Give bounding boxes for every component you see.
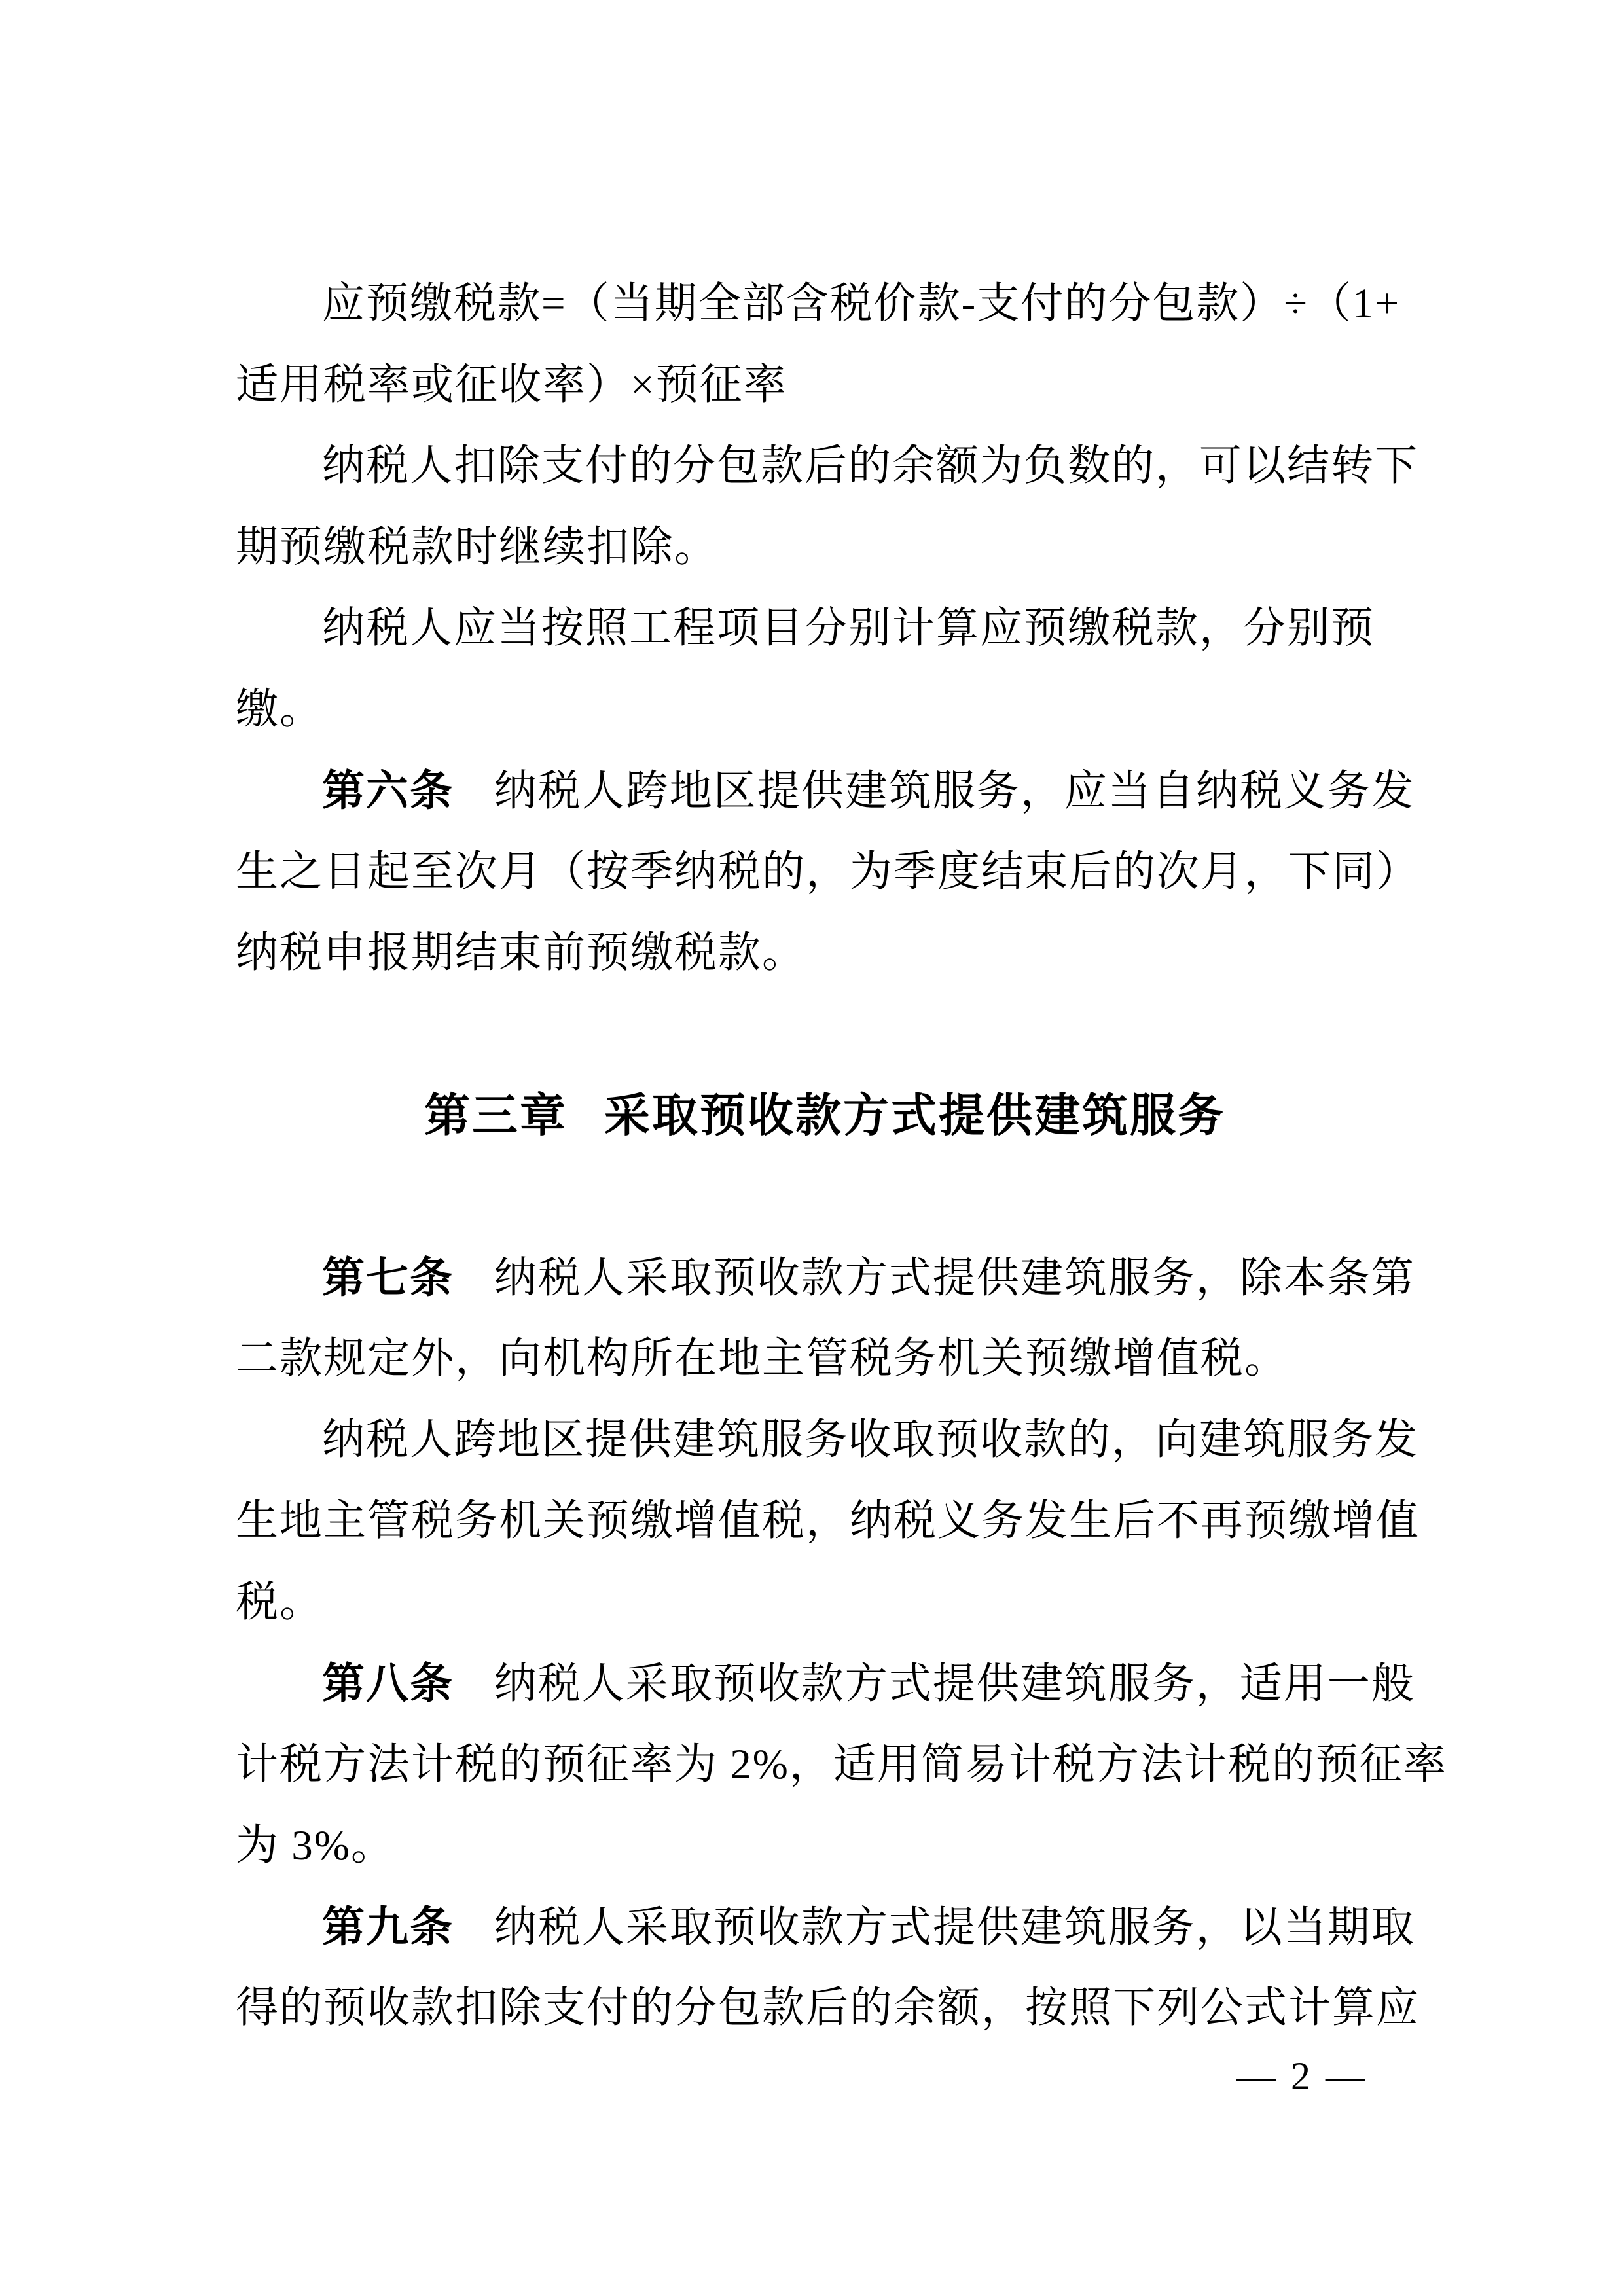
paragraph-line: 纳税申报期结束前预缴税款。 — [236, 912, 1414, 994]
document-body: 应预缴税款=（当期全部含税价款-支付的分包款）÷（1+ 适用税率或征收率）×预征… — [236, 263, 1414, 2049]
article-8-line: 第八条纳税人采取预收款方式提供建筑服务，适用一般 — [236, 1643, 1414, 1724]
blank-line — [236, 1156, 1414, 1237]
paragraph-line: 期预缴税款时继续扣除。 — [236, 507, 1414, 588]
article-7-label: 第七条 — [322, 1253, 454, 1301]
article-6-line: 第六条纳税人跨地区提供建筑服务，应当自纳税义务发 — [236, 750, 1414, 831]
paragraph-line: 税。 — [236, 1562, 1414, 1643]
article-9-line: 第九条纳税人采取预收款方式提供建筑服务，以当期取 — [236, 1886, 1414, 1967]
chapter-heading-number: 第三章 — [424, 1090, 568, 1141]
paragraph-line: 二款规定外，向机构所在地主管税务机关预缴增值税。 — [236, 1318, 1414, 1399]
article-8-label: 第八条 — [322, 1659, 454, 1707]
paragraph-line: 为 3%。 — [236, 1805, 1414, 1886]
blank-line — [236, 994, 1414, 1075]
paragraph-line: 生地主管税务机关预缴增值税，纳税义务发生后不再预缴增值 — [236, 1480, 1414, 1562]
paragraph-line: 纳税人扣除支付的分包款后的余额为负数的，可以结转下 — [236, 425, 1414, 507]
paragraph-line: 纳税人跨地区提供建筑服务收取预收款的，向建筑服务发 — [236, 1399, 1414, 1480]
article-6-label: 第六条 — [322, 766, 454, 814]
document-page: 应预缴税款=（当期全部含税价款-支付的分包款）÷（1+ 适用税率或征收率）×预征… — [0, 0, 1624, 2296]
paragraph-line: 缴。 — [236, 669, 1414, 750]
chapter-heading: 第三章采取预收款方式提供建筑服务 — [236, 1075, 1414, 1156]
article-9-label: 第九条 — [322, 1903, 454, 1950]
chapter-heading-title: 采取预收款方式提供建筑服务 — [604, 1090, 1225, 1141]
article-9-text: 纳税人采取预收款方式提供建筑服务，以当期取 — [494, 1904, 1415, 1951]
article-8-text: 纳税人采取预收款方式提供建筑服务，适用一般 — [494, 1660, 1415, 1708]
formula-line: 应预缴税款=（当期全部含税价款-支付的分包款）÷（1+ — [236, 263, 1414, 344]
article-6-text: 纳税人跨地区提供建筑服务，应当自纳税义务发 — [494, 768, 1415, 815]
paragraph-line: 生之日起至次月（按季纳税的，为季度结束后的次月，下同） — [236, 831, 1414, 912]
article-7-text: 纳税人采取预收款方式提供建筑服务，除本条第 — [494, 1255, 1415, 1302]
article-7-line: 第七条纳税人采取预收款方式提供建筑服务，除本条第 — [236, 1237, 1414, 1318]
formula-line-continuation: 适用税率或征收率）×预征率 — [236, 344, 1414, 425]
page-number: — 2 — — [1236, 2054, 1367, 2099]
paragraph-line: 计税方法计税的预征率为 2%，适用简易计税方法计税的预征率 — [236, 1724, 1414, 1805]
paragraph-line: 纳税人应当按照工程项目分别计算应预缴税款，分别预 — [236, 588, 1414, 669]
paragraph-line: 得的预收款扣除支付的分包款后的余额，按照下列公式计算应 — [236, 1967, 1414, 2049]
